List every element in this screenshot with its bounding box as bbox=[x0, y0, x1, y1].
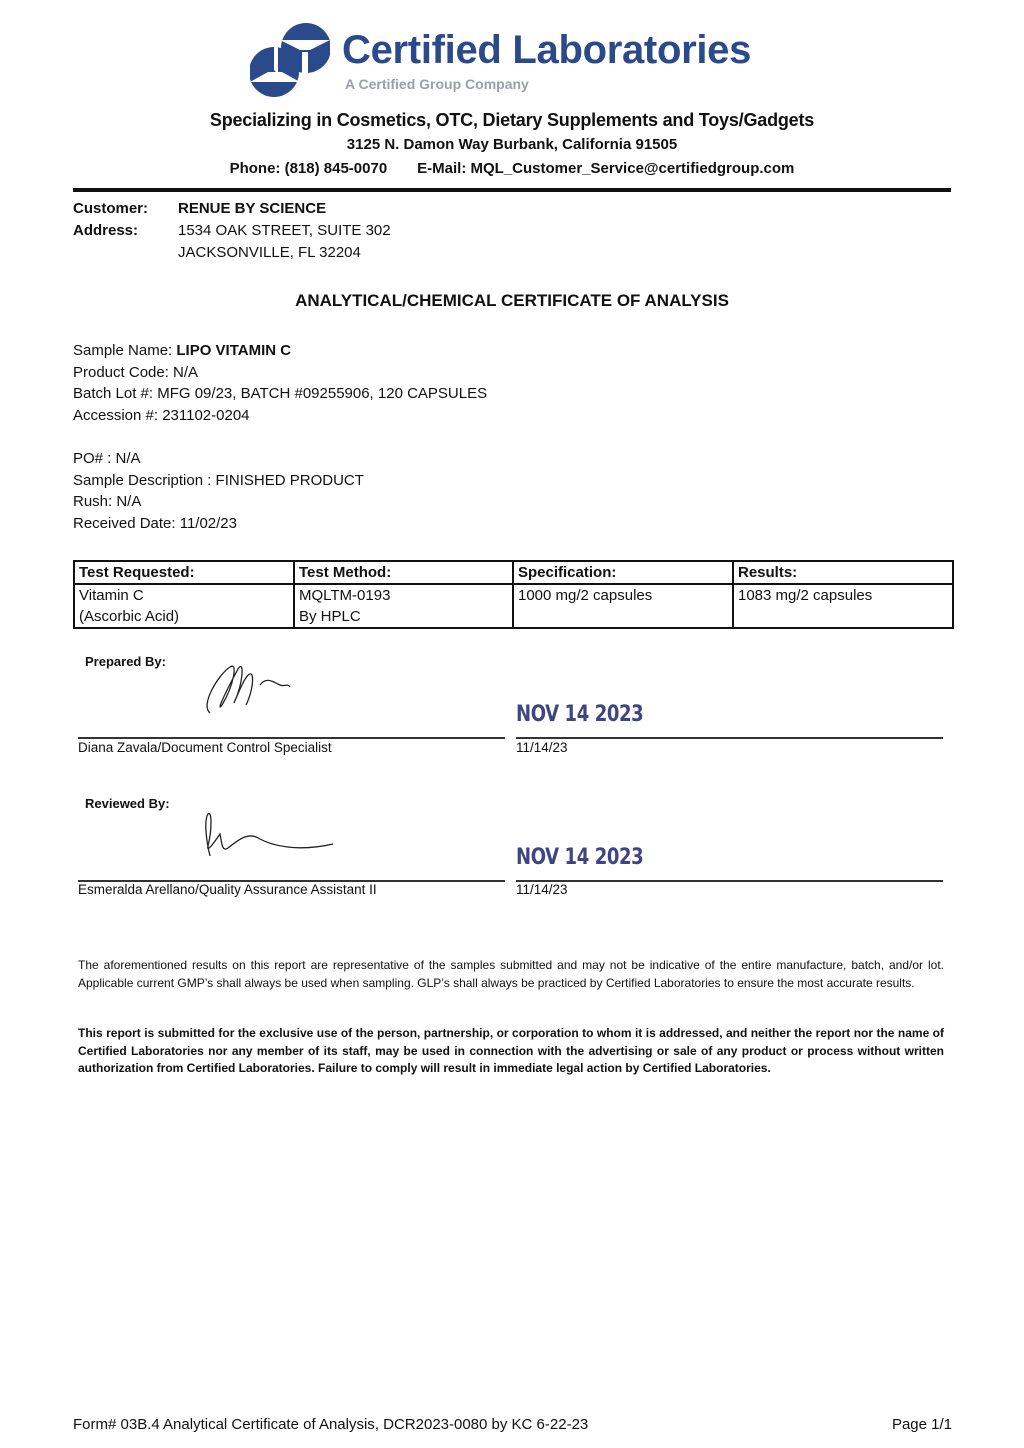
address-label: Address: bbox=[73, 221, 138, 241]
cell-test-requested: Vitamin C (Ascorbic Acid) bbox=[74, 584, 294, 628]
test-name-detail: (Ascorbic Acid) bbox=[79, 606, 289, 627]
table-row: Vitamin C (Ascorbic Acid) MQLTM-0193 By … bbox=[74, 584, 953, 628]
disclaimer-exclusive-use: This report is submitted for the exclusi… bbox=[78, 1025, 944, 1078]
prepared-by-label: Prepared By: bbox=[85, 654, 166, 670]
method-code: MQLTM-0193 bbox=[299, 585, 508, 606]
footer-form-number: Form# 03B.4 Analytical Certificate of An… bbox=[73, 1415, 588, 1435]
cell-specification: 1000 mg/2 capsules bbox=[513, 584, 733, 628]
certificate-title: ANALYTICAL/CHEMICAL CERTIFICATE OF ANALY… bbox=[0, 290, 1024, 312]
reviewed-by-label: Reviewed By: bbox=[85, 796, 170, 812]
sample-name-value: LIPO VITAMIN C bbox=[176, 342, 291, 359]
accession-number: Accession #: 231102-0204 bbox=[73, 406, 250, 426]
received-date: Received Date: 11/02/23 bbox=[73, 514, 237, 534]
test-name: Vitamin C bbox=[79, 585, 289, 606]
header-results: Results: bbox=[733, 561, 953, 584]
certified-labs-logo-icon bbox=[250, 22, 330, 98]
reviewed-date-line bbox=[516, 880, 943, 882]
lab-tagline: Specializing in Cosmetics, OTC, Dietary … bbox=[0, 108, 1024, 132]
address-line-1: 1534 OAK STREET, SUITE 302 bbox=[178, 221, 391, 241]
prepared-date-line bbox=[516, 737, 943, 739]
results-table: Test Requested: Test Method: Specificati… bbox=[73, 560, 954, 629]
prepared-date-stamp: NOV 14 2023 bbox=[516, 702, 643, 728]
rush-status: Rush: N/A bbox=[73, 492, 141, 512]
sample-name: Sample Name: LIPO VITAMIN C bbox=[73, 341, 291, 361]
disclaimer-representative: The aforementioned results on this repor… bbox=[78, 957, 944, 992]
table-header-row: Test Requested: Test Method: Specificati… bbox=[74, 561, 953, 584]
brand-name: Certified Laboratories bbox=[342, 26, 751, 74]
footer-page-number: Page 1/1 bbox=[892, 1415, 952, 1435]
reviewed-date-stamp: NOV 14 2023 bbox=[516, 845, 643, 871]
brand-subtitle: A Certified Group Company bbox=[345, 75, 529, 93]
po-number: PO# : N/A bbox=[73, 449, 141, 469]
lab-address: 3125 N. Damon Way Burbank, California 91… bbox=[0, 135, 1024, 155]
header-test-method: Test Method: bbox=[294, 561, 513, 584]
reviewed-by-name: Esmeralda Arellano/Quality Assurance Ass… bbox=[78, 881, 377, 899]
header-divider bbox=[73, 188, 951, 192]
cell-test-method: MQLTM-0193 By HPLC bbox=[294, 584, 513, 628]
prepared-date: 11/14/23 bbox=[516, 739, 568, 757]
header-specification: Specification: bbox=[513, 561, 733, 584]
prepared-by-name: Diana Zavala/Document Control Specialist bbox=[78, 739, 332, 757]
address-line-2: JACKSONVILLE, FL 32204 bbox=[178, 243, 361, 263]
reviewed-signature-icon bbox=[198, 810, 338, 860]
header-test-requested: Test Requested: bbox=[74, 561, 294, 584]
batch-lot: Batch Lot #: MFG 09/23, BATCH #09255906,… bbox=[73, 384, 487, 404]
lab-phone: Phone: (818) 845-0070 bbox=[230, 160, 388, 177]
sample-name-label: Sample Name: bbox=[73, 342, 176, 359]
prepared-signature-icon bbox=[200, 655, 300, 717]
cell-result: 1083 mg/2 capsules bbox=[733, 584, 953, 628]
product-code: Product Code: N/A bbox=[73, 363, 198, 383]
sample-description: Sample Description : FINISHED PRODUCT bbox=[73, 471, 364, 491]
customer-value: RENUE BY SCIENCE bbox=[178, 199, 326, 219]
lab-email[interactable]: E-Mail: MQL_Customer_Service@certifiedgr… bbox=[417, 160, 794, 177]
customer-label: Customer: bbox=[73, 199, 148, 219]
lab-contact: Phone: (818) 845-0070E-Mail: MQL_Custome… bbox=[0, 159, 1024, 179]
reviewed-date: 11/14/23 bbox=[516, 881, 568, 899]
method-technique: By HPLC bbox=[299, 606, 508, 627]
